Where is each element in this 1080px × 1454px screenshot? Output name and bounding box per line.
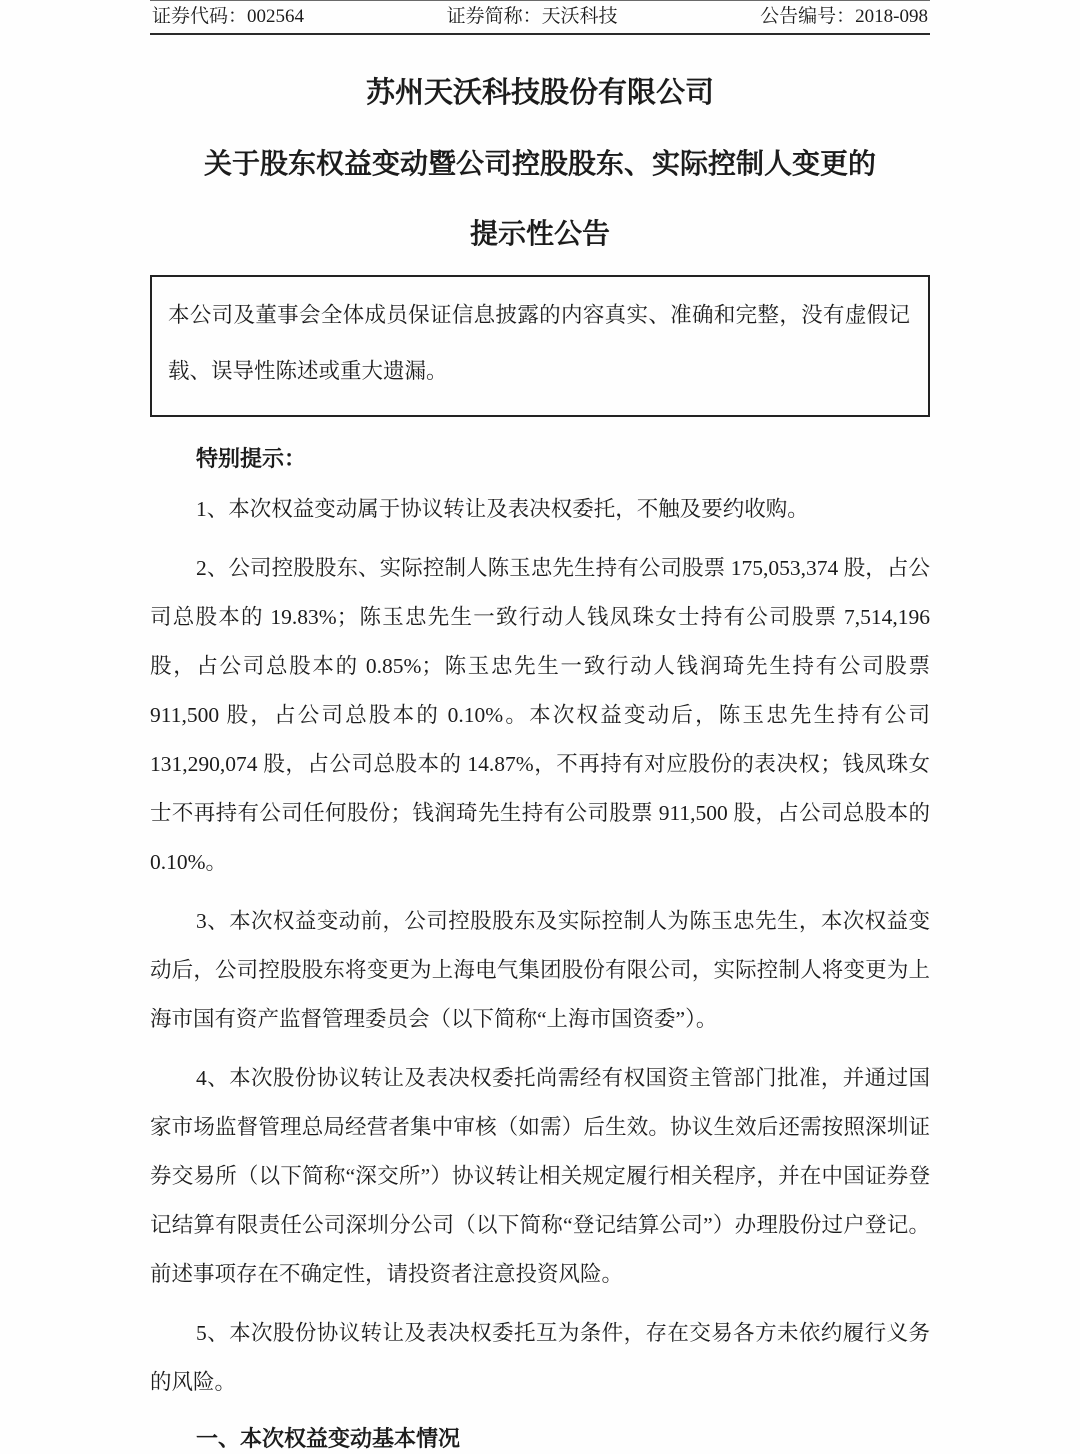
stock-code: 证券代码：002564: [152, 5, 304, 29]
stock-short-name: 证券简称：天沃科技: [447, 5, 618, 29]
document-content: 证券代码：002564 证券简称：天沃科技 公告编号：2018-098 苏州天沃…: [150, 0, 930, 1454]
announcement-subject-title: 关于股东权益变动暨公司控股股东、实际控制人变更的: [150, 147, 930, 183]
announcement-number: 公告编号：2018-098: [760, 5, 928, 29]
disclaimer-box: 本公司及董事会全体成员保证信息披露的内容真实、准确和完整，没有虚假记载、误导性陈…: [150, 275, 930, 417]
paragraph-3: 3、本次权益变动前，公司控股股东及实际控制人为陈玉忠先生，本次权益变动后，公司控…: [150, 897, 930, 1044]
announcement-page: 证券代码：002564 证券简称：天沃科技 公告编号：2018-098 苏州天沃…: [0, 0, 1080, 1454]
company-title: 苏州天沃科技股份有限公司: [150, 75, 930, 111]
paragraph-5: 5、本次股份协议转让及表决权委托互为条件，存在交易各方未依约履行义务的风险。: [150, 1309, 930, 1407]
announcement-type-title: 提示性公告: [150, 217, 930, 253]
section-heading-basic-info: 一、本次权益变动基本情况: [150, 1419, 930, 1454]
document-header-row: 证券代码：002564 证券简称：天沃科技 公告编号：2018-098: [150, 0, 930, 35]
paragraph-2: 2、公司控股股东、实际控制人陈玉忠先生持有公司股票 175,053,374 股，…: [150, 544, 930, 887]
special-notice-heading: 特别提示：: [150, 443, 930, 475]
paragraph-1: 1、本次权益变动属于协议转让及表决权委托，不触及要约收购。: [150, 485, 930, 534]
title-block: 苏州天沃科技股份有限公司 关于股东权益变动暨公司控股股东、实际控制人变更的 提示…: [150, 75, 930, 253]
paragraph-4: 4、本次股份协议转让及表决权委托尚需经有权国资主管部门批准，并通过国家市场监督管…: [150, 1054, 930, 1299]
